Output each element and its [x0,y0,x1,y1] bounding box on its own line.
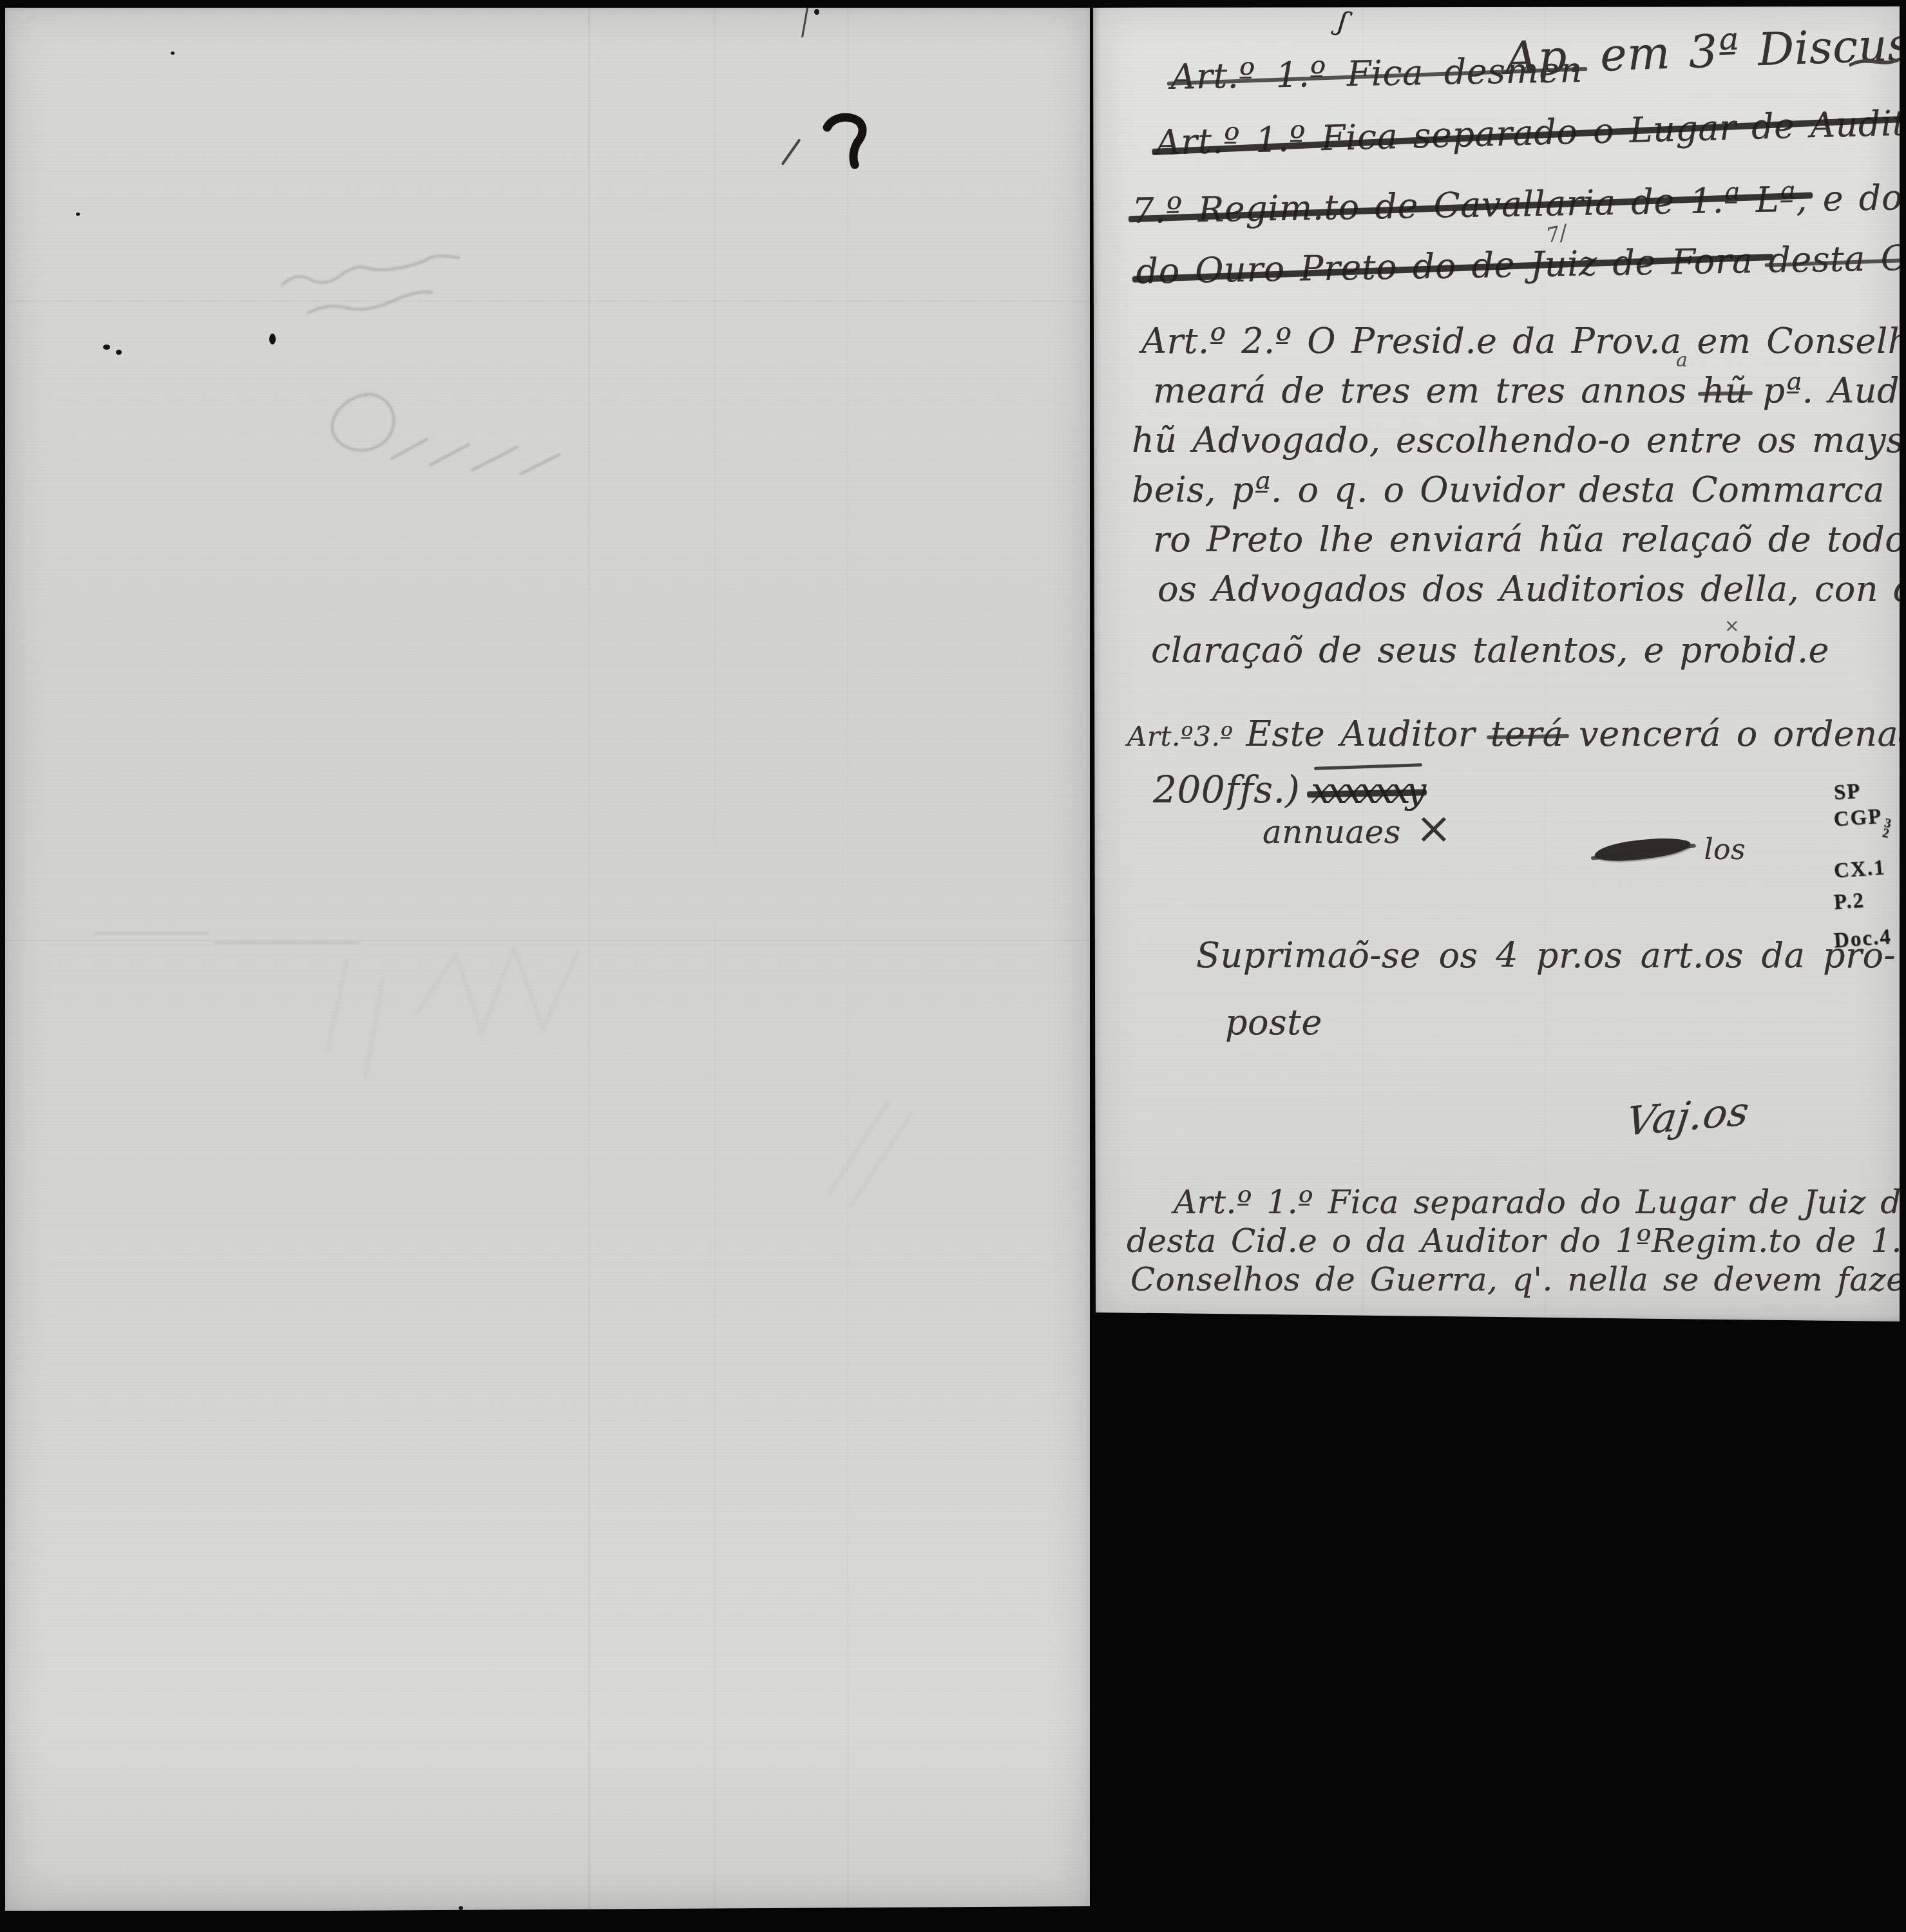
line-segment: terá [1491,714,1564,754]
line-segment: annuaes [1263,813,1415,851]
stamp-label: Doc.4 [1833,925,1892,952]
line-segment: ro Preto lhe enviará hũa relaçaõ de todo… [1153,519,1906,560]
suppression-note: poste [1225,1002,1322,1043]
article-3-line: Art.º3.º Este Auditor terá vencerá o ord… [1127,714,1906,754]
salary-line: annuaes × [1263,802,1452,853]
ink-speck [171,52,175,55]
line-segment: los [1691,833,1746,866]
line-segment: × [1415,802,1452,853]
stamp-label: P.2 [1833,889,1865,914]
line-segment: Suprimaõ-se os 4 pr.os art.os da pro- [1196,935,1896,976]
ink-bleedthrough [5,8,1090,1911]
crossed-line: Art.º 1.º Fica separado o Lugar de Audit… [1155,100,1906,163]
suppression-note: Suprimaõ-se os 4 pr.os art.os da pro- [1196,935,1896,976]
archival-stamp: Doc.4 [1833,925,1892,953]
signature: Vaj.os [1624,1088,1752,1145]
archival-stamp: SP [1833,780,1862,806]
line-segment: Art.º3.º [1127,721,1246,752]
insert-mark: a [1676,349,1688,372]
article-2-line: beis, pª. o q. o Ouvidor desta Commarca … [1132,469,1906,510]
article-2-line: meará de tres em tres annos hũ pª. Audit… [1153,370,1906,411]
line-segment: os Advogados dos Auditorios della, con d… [1158,569,1906,609]
line-segment: e do [1807,177,1906,220]
article-1-final-line: desta Cid.e o da Auditor do 1ºRegim.to d… [1127,1222,1906,1260]
line-segment: a [1676,349,1688,372]
line-segment: 7/ [1544,220,1569,248]
line-segment: Este Auditor [1246,714,1491,754]
ink-speck [116,350,122,355]
article-2-line: claraçaõ de seus talentos, e probid.e [1151,630,1829,670]
archival-stamp: CGP32 [1833,804,1890,838]
line-segment: claraçaõ de seus talentos, e probid.e [1151,630,1829,670]
ink-speck [76,213,80,216]
line-segment: desta Cid.e o da Auditor do 1ºRegim.to d… [1127,1222,1906,1260]
line-segment: Art.º 1.º Fica separado do Lugar de Juiz… [1174,1184,1906,1221]
archival-stamp: P.2 [1833,889,1865,914]
article-2-line: os Advogados dos Auditorios della, con d… [1158,569,1906,609]
line-segment: desta Cid.e [1768,236,1906,281]
scanned-manuscript-spread: Art.º 1.º Fica desmenAp. em 3ª Discussaõ… [0,0,1906,1932]
article-1-final-line: Conselhos de Guerra, q'. nella se devem … [1130,1261,1906,1298]
ink-dot [814,9,819,15]
left-blank-page [5,8,1090,1911]
line-segment: Vaj.os [1624,1088,1752,1145]
archival-stamp: CX.1 [1833,856,1887,884]
line-segment: do Ouro Preto do de Juiz de Fora [1136,240,1769,292]
ink-speck [459,1906,463,1910]
line-segment: Art.º 2.º O Presid.e da Prov.a em Consel… [1141,321,1906,361]
crossed-line: 7.º Regim.to de Cavallaria de 1.ª Lª, e … [1132,175,1906,231]
line-segment: ∼ [1833,35,1906,87]
line-segment: pª. Auditor [1748,370,1906,411]
line-segment: beis, pª. o q. o Ouvidor desta Commarca … [1132,469,1906,510]
overbar [1314,759,1422,771]
ink-speck [103,345,110,350]
line-segment: Conselhos de Guerra, q'. nella se devem … [1130,1261,1906,1298]
insert-mark: 7/ [1544,220,1569,248]
crossed-blob: los [1594,829,1746,867]
ink-speck [269,334,276,345]
stamp-label: CX.1 [1833,856,1887,883]
line-segment: vencerá o ordenado de [1563,714,1906,754]
top-curl: ʃ [1335,5,1350,37]
line-segment: hũ [1702,370,1748,411]
right-page: Art.º 1.º Fica desmenAp. em 3ª Discussaõ… [1093,6,1900,1321]
tilde-flourish: ∼ [1833,35,1906,87]
line-segment: Art.º 1.º Fica separado o Lugar de Audit… [1155,102,1906,163]
stamp-fraction-bottom: 2 [1881,828,1889,840]
crossed-line: do Ouro Preto do de Juiz de Fora desta C… [1136,236,1906,292]
article-1-final-line: Art.º 1.º Fica separado do Lugar de Juiz… [1174,1184,1906,1221]
line-segment [1594,835,1692,864]
line-segment: 7.º Regim.to de Cavallaria de 1.ª Lª, [1132,179,1808,231]
line-segment: hũ Advogado, escolhendo-o entre os mays … [1132,420,1906,460]
article-2-line: Art.º 2.º O Presid.e da Prov.a em Consel… [1141,321,1906,361]
line-segment: ʃ [1335,5,1350,37]
line-segment [1314,763,1422,770]
bold-ink-hook [822,111,871,169]
stamp-label: CGP [1833,805,1883,831]
stamp-label: SP [1833,780,1862,805]
article-2-line: hũ Advogado, escolhendo-o entre os mays … [1132,420,1906,460]
article-2-line: ro Preto lhe enviará hũa relaçaõ de todo… [1153,519,1906,560]
line-segment: meará de tres em tres annos [1153,370,1702,411]
line-segment: poste [1225,1002,1322,1043]
